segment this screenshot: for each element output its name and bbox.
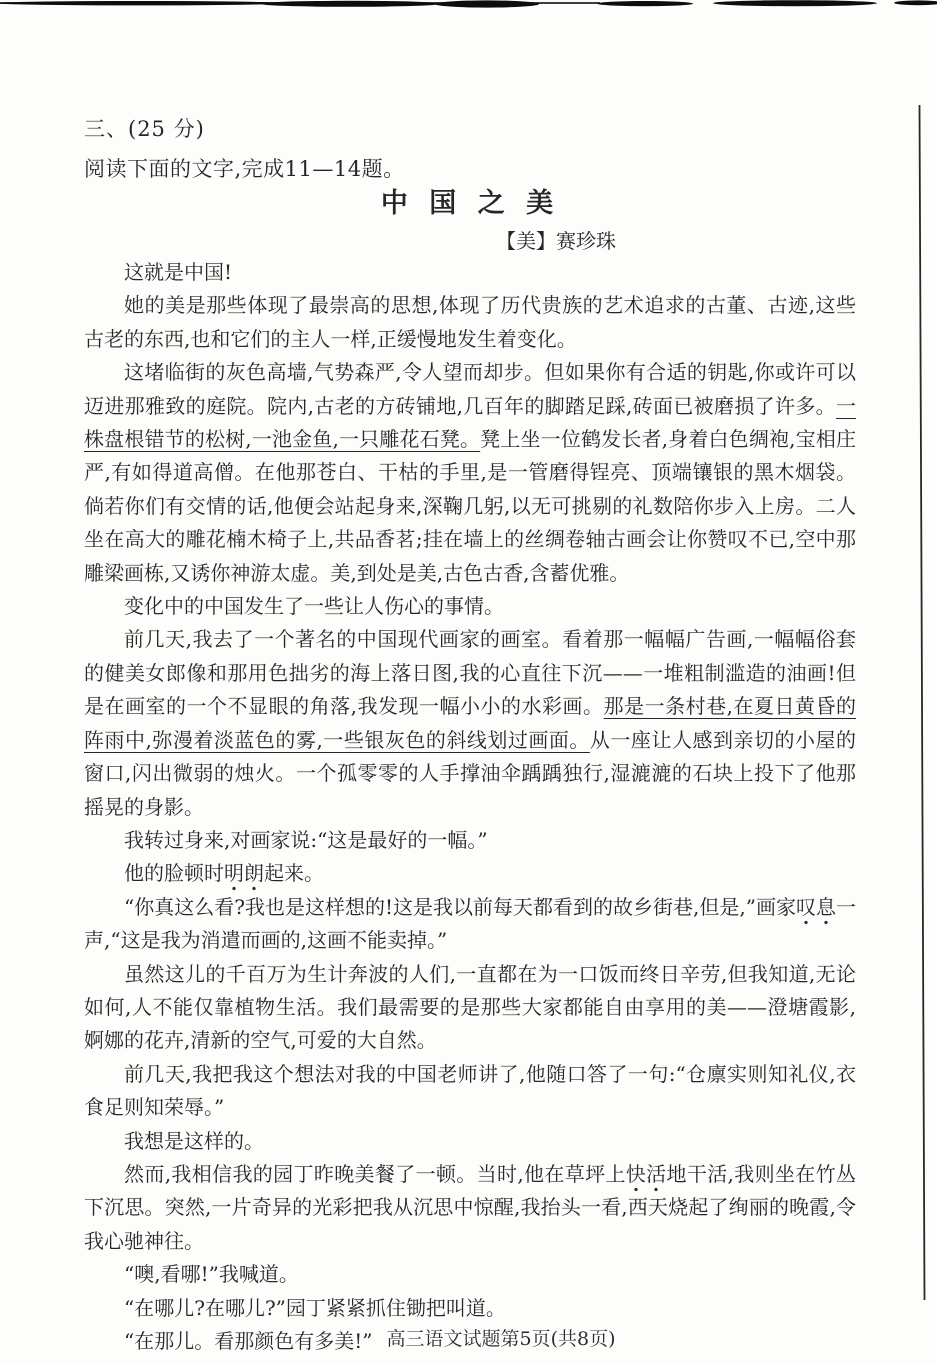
page-footer: 高三语文试题第5页(共8页) xyxy=(84,1326,856,1352)
text-run: 前几天,我把我这个想法对我的中国老师讲了,他随口答了一句:“仓廪实则知礼仪,衣食… xyxy=(84,1062,856,1119)
paragraph: 他的脸顿时明朗起来。 xyxy=(84,857,856,890)
text-run: 我想是这样的。 xyxy=(124,1129,264,1153)
text-run: 这堵临街的灰色高墙,气势森严,令人望而却步。但如果你有合适的钥匙,你或许可以迈进… xyxy=(84,360,856,417)
text-run: “噢,看哪!”我喊道。 xyxy=(124,1262,299,1286)
emphasized-word: 叹息 xyxy=(796,895,836,925)
paragraph: 然而,我相信我的园丁昨晚美餐了一顿。当时,他在草坪上快活地干活,我则坐在竹丛下沉… xyxy=(84,1158,856,1258)
paragraph: 虽然这儿的千百万为生计奔波的人们,一直都在为一口饭而终日辛劳,但我知道,无论如何… xyxy=(84,958,856,1058)
paragraph: 我想是这样的。 xyxy=(84,1125,856,1158)
section-heading: 三、(25 分) xyxy=(84,112,856,146)
paragraph: “噢,看哪!”我喊道。 xyxy=(84,1258,856,1291)
scan-artifact-top xyxy=(0,0,937,16)
exam-page: 三、(25 分) 阅读下面的文字,完成11—14题。 中 国 之 美 【美】赛珍… xyxy=(0,0,937,1364)
paragraph: 我转过身来,对画家说:“这是最好的一幅。” xyxy=(84,824,856,857)
text-run: 他的脸顿时 xyxy=(124,861,224,885)
paragraph: 前几天,我把我这个想法对我的中国老师讲了,他随口答了一句:“仓廪实则知礼仪,衣食… xyxy=(84,1058,856,1125)
reading-instruction: 阅读下面的文字,完成11—14题。 xyxy=(84,152,856,186)
text-run: 虽然这儿的千百万为生计奔波的人们,一直都在为一口饭而终日辛劳,但我知道,无论如何… xyxy=(84,962,856,1053)
text-run: 我转过身来,对画家说:“这是最好的一幅。” xyxy=(124,828,488,852)
text-run: 然而,我相信我的园丁昨晚美餐了一顿。当时,他在草坪上 xyxy=(124,1162,626,1186)
text-run: “你真这么看?我也是这样想的!这是我以前每天都看到的故乡街巷,但是,”画家 xyxy=(124,895,796,919)
emphasized-word: 明朗 xyxy=(224,861,264,891)
article-title: 中 国 之 美 xyxy=(84,186,856,222)
text-run: “在哪儿?在哪儿?”园丁紧紧抓住锄把叫道。 xyxy=(124,1296,506,1320)
text-run: 变化中的中国发生了一些让人伤心的事情。 xyxy=(124,594,504,618)
paragraph: 前几天,我去了一个著名的中国现代画家的画室。看着那一幅幅广告画,一幅幅俗套的健美… xyxy=(84,623,856,823)
text-run: 这就是中国! xyxy=(124,260,232,284)
article-author: 【美】赛珍珠 xyxy=(84,226,856,256)
text-run: 起来。 xyxy=(264,861,324,885)
paragraph: 这就是中国! xyxy=(84,256,856,289)
paragraph: 变化中的中国发生了一些让人伤心的事情。 xyxy=(84,590,856,623)
article-body: 这就是中国!她的美是那些体现了最崇高的思想,体现了历代贵族的艺术追求的古董、古迹… xyxy=(84,256,856,1358)
paragraph: “你真这么看?我也是这样想的!这是我以前每天都看到的故乡街巷,但是,”画家叹息一… xyxy=(84,891,856,958)
paragraph: 这堵临街的灰色高墙,气势森严,令人望而却步。但如果你有合适的钥匙,你或许可以迈进… xyxy=(84,356,856,590)
text-run: 她的美是那些体现了最崇高的思想,体现了历代贵族的艺术追求的古董、古迹,这些古老的… xyxy=(84,293,856,350)
emphasized-word: 快活 xyxy=(626,1162,667,1192)
paragraph: 她的美是那些体现了最崇高的思想,体现了历代贵族的艺术追求的古董、古迹,这些古老的… xyxy=(84,289,856,356)
paragraph: “在哪儿?在哪儿?”园丁紧紧抓住锄把叫道。 xyxy=(84,1292,856,1325)
